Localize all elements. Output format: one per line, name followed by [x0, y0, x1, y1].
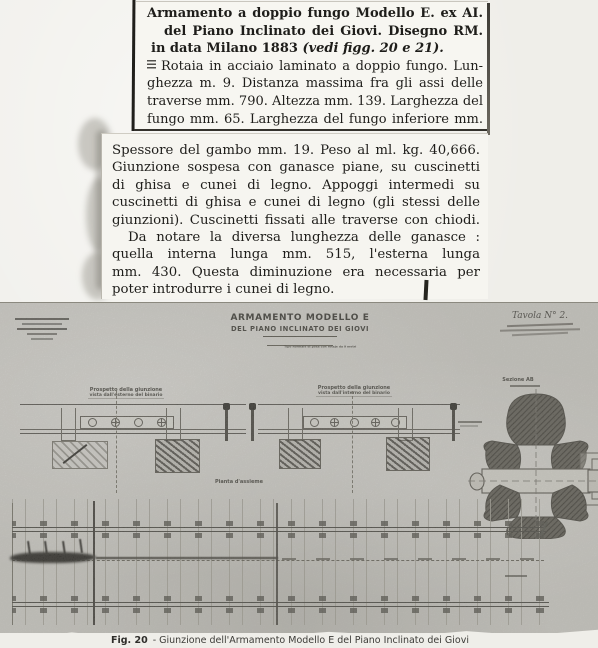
axis-dashes — [282, 558, 540, 560]
handwritten-note — [500, 328, 580, 331]
torn-edge — [136, 1, 488, 2]
printer-stamp — [12, 315, 72, 343]
stamp-line — [31, 338, 53, 340]
torn-edge — [487, 3, 490, 135]
clipping2-line: Da notare la diversa lunghezza delle gan… — [112, 229, 480, 246]
clipping2-line: cuscinetti di ghisa e cunei di legno (gl… — [112, 194, 480, 211]
drawing-type-note: Tipo normale di posa con rotaje da 9 met… — [284, 345, 356, 348]
clipping2-line: di ghisa e cunei di legno. Appoggi inter… — [112, 177, 480, 194]
clipping2-line: giunzioni). Cuscinetti fissati alle trav… — [112, 212, 480, 229]
sleeper-block — [155, 439, 200, 473]
bolt-icon — [330, 418, 339, 427]
figure-caption: Fig. 20- Giunzione dell'Armamento Modell… — [111, 635, 469, 646]
stamp-line — [22, 323, 62, 325]
rail-chair — [166, 408, 181, 441]
sleeper-block — [52, 441, 108, 469]
plate-number: Tavola N° 2. — [492, 311, 588, 335]
rail-chair — [61, 408, 76, 441]
sleeper-block — [386, 437, 430, 471]
drawing-subtitle: DEL PIANO INCLINATO DEI GIOVI — [200, 325, 400, 333]
handwritten-note — [512, 332, 568, 336]
clipping1-line: Rotaia in acciaio laminato a doppio fung… — [136, 58, 488, 76]
text-clipping-secondary: Spessore del gambo mm. 19. Peso al ml. k… — [101, 133, 488, 299]
handwritten-note — [507, 323, 573, 327]
figure-caption-text: - Giunzione dell'Armamento Modello E del… — [153, 635, 469, 646]
clipping1-line: fungo mm. 65. Larghezza del fungo inferi… — [136, 111, 488, 129]
torn-edge — [132, 0, 136, 131]
plate-label: Tavola N° 2. — [492, 311, 588, 321]
joint-line — [93, 501, 95, 625]
track-axis — [12, 560, 544, 561]
fishplate-middle — [303, 416, 407, 429]
rail-end-post — [251, 405, 254, 441]
figure-number: Fig. 20 — [111, 635, 148, 646]
sleeper-block — [279, 439, 321, 469]
clipping2-line: quella interna lunga mm. 515, l'esterna … — [112, 246, 480, 263]
centerline — [116, 391, 117, 493]
rail-end-post — [225, 405, 228, 441]
bolt-icon — [157, 418, 166, 427]
paragraph-mark — [147, 60, 156, 71]
chair-marks — [12, 596, 544, 601]
clipping1-line: ghezza m. 9. Distanza massima fra gli as… — [136, 75, 488, 93]
bolt-icon — [88, 418, 97, 427]
chair-marks — [12, 521, 544, 526]
chair-marks — [12, 533, 544, 538]
bolt-icon — [310, 418, 319, 427]
ink-smear — [10, 552, 96, 563]
chair-marks — [12, 608, 544, 613]
clipping2-line: Giunzione sospesa con ganasce piane, su … — [112, 159, 480, 176]
clipping1-line: del Piano Inclinato dei Giovi. Disegno R… — [136, 23, 488, 41]
bolt-icon — [134, 418, 143, 427]
section-label: Sezione AB — [498, 377, 538, 383]
elevation-exterior-label: Prospetto della giunzione vista dall'est… — [88, 387, 164, 399]
title-rule — [263, 336, 337, 337]
ink-trail — [96, 557, 278, 559]
stamp-line — [15, 318, 69, 320]
text-clipping-primary: Armamento a doppio fungo Modello E. ex A… — [136, 2, 488, 131]
illegible-label — [510, 385, 540, 387]
clipping1-line: in data Milano 1883 (vedi figg. 20 e 21)… — [136, 40, 488, 58]
rail-end-post — [452, 405, 455, 441]
centerline — [352, 391, 353, 493]
stamp-line — [17, 328, 67, 330]
drawing-sheet: ARMAMENTO MODELLO E DEL PIANO INCLINATO … — [0, 302, 598, 633]
rail-chair — [288, 408, 303, 441]
plan-label: Pianta d'assieme — [215, 479, 270, 485]
scanned-page: Armamento a doppio fungo Modello E. ex A… — [0, 0, 598, 648]
drawing-title: ARMAMENTO MODELLO E — [200, 313, 400, 323]
drawing-title-block: ARMAMENTO MODELLO E DEL PIANO INCLINATO … — [200, 313, 400, 346]
clipping-rule — [134, 129, 488, 131]
illegible-dimension — [505, 575, 527, 577]
bolt-icon — [371, 418, 380, 427]
clipping2-line: mm. 430. Questa diminuzione era necessar… — [112, 264, 480, 281]
clipping1-line: Armamento a doppio fungo Modello E. ex A… — [136, 5, 488, 23]
joint-line — [276, 503, 278, 625]
clipping1-line: traverse mm. 790. Altezza mm. 139. Largh… — [136, 93, 488, 111]
clipping2-line: Spessore del gambo mm. 19. Peso al ml. k… — [112, 142, 480, 159]
elevation-interior-label: Prospetto della giunzione vista dall'int… — [316, 385, 392, 397]
stamp-line — [27, 333, 57, 335]
fishplate-left — [80, 416, 174, 429]
